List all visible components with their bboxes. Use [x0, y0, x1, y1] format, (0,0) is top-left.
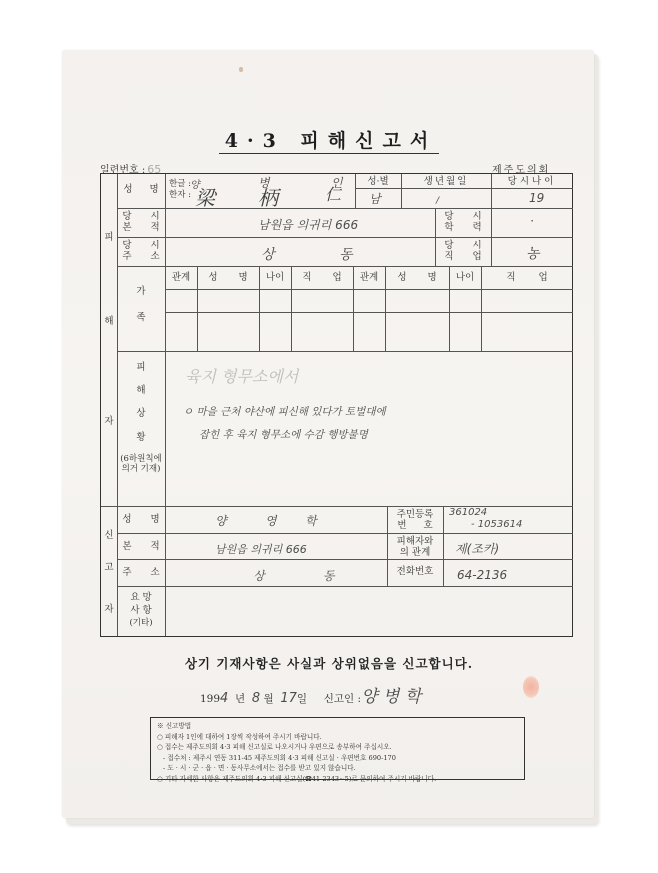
age-label: 당시나이 [491, 176, 573, 187]
date-line: 1994 년 8 월 17일 신고인 :양 병 학 [200, 682, 421, 707]
damage-line-1: ㅇ 마을 근처 야산에 피신해 있다가 토벌대에 [183, 404, 386, 419]
reporter-address-value-1: 상 [253, 567, 265, 584]
reporter-section-label-2: 고 [101, 562, 117, 573]
damage-label-4: 황 [117, 432, 165, 443]
family-header-age-2: 나이 [449, 272, 481, 283]
red-seal-stamp [523, 676, 539, 698]
occupation-label-top: 당 시 [435, 240, 491, 251]
resident-no-label-top: 주민등록 [387, 509, 443, 520]
year-prefix: 199 [200, 693, 220, 705]
year-digit: 4 [220, 691, 228, 706]
relation-label-top: 피해자와 [387, 536, 443, 547]
instruction-item: ○ 기타 자세한 사항은 제주도의회 4·3 피해 신고실(☎41-2343~5… [157, 774, 518, 785]
damage-faint-text: 육지 형무소에서 [185, 364, 298, 387]
victim-name-hanja-2: 柄 [258, 182, 278, 211]
reporter-name-2: 영 [265, 512, 277, 529]
family-header-relation-2: 관계 [353, 272, 385, 283]
education-label-top: 당 시 [435, 211, 491, 222]
damage-note: (6하원칙에 의거 기재) [120, 454, 162, 474]
occupation-label-bottom: 직 업 [435, 251, 491, 262]
divider [117, 208, 573, 209]
education-label-bottom: 학 력 [435, 222, 491, 233]
damage-line-2: 잡힌 후 육지 형무소에 수감 행방불명 [199, 427, 368, 442]
hanja-label: 한자 : [169, 190, 191, 201]
divider [117, 351, 573, 352]
reporter-name-3: 학 [305, 512, 317, 529]
divider [117, 559, 573, 560]
divider [165, 312, 573, 313]
family-header-age: 나이 [259, 272, 291, 283]
divider [101, 506, 573, 507]
request-label-1: 요 망 [117, 592, 165, 603]
request-label-2: 사 항 [117, 605, 165, 616]
occupation-value: 농 [526, 243, 540, 263]
request-label-3: (기타) [117, 618, 165, 629]
divider [117, 533, 573, 534]
sex-value: 남 [369, 190, 381, 207]
victim-section-label-2: 해 [101, 316, 117, 327]
family-header-name: 성 명 [197, 272, 259, 283]
victim-section-label-3: 자 [101, 416, 117, 427]
resident-no-value-1: 361024 [449, 507, 487, 518]
victim-name-hanja-1: 梁 [195, 182, 215, 211]
reporter-section-label-1: 신 [101, 530, 117, 541]
origin-label-top: 당 시 [117, 211, 165, 222]
sex-label: 성·별 [355, 176, 401, 187]
address-label-bottom: 주 소 [117, 251, 165, 262]
month-value: 8 [252, 691, 260, 706]
family-header-job-2: 직 업 [481, 272, 573, 283]
relation-value: 제(조카) [455, 540, 499, 557]
reporter-origin-label: 본 적 [117, 541, 165, 552]
victim-name-hanja-3: 仁 [325, 182, 341, 205]
divider [443, 506, 444, 586]
day-label: 일 [297, 693, 307, 705]
instructions-box: ※ 신고방법 ○ 피해자 1인에 대하여 1장씩 작성하여 주시기 바랍니다. … [150, 717, 525, 780]
day-value: 17 [280, 691, 297, 706]
damage-label-2: 해 [117, 385, 165, 396]
reporter-signature: 양 병 학 [361, 687, 421, 707]
divider [165, 174, 166, 636]
age-value: 19 [529, 191, 544, 205]
victim-section-label-1: 피 [101, 232, 117, 243]
divider [117, 586, 573, 587]
victim-address-value-1: 상 [261, 244, 275, 264]
instruction-item: ○ 피해자 1인에 대하여 1장씩 작성하여 주시기 바랍니다. [157, 732, 518, 743]
resident-no-value-2: - 1053614 [471, 519, 522, 530]
birth-label: 생년월일 [401, 176, 491, 187]
year-label: 년 [235, 693, 245, 705]
instruction-item: - 도 · 시 · 군 · 읍 · 면 · 동사무소에서는 접수를 받고 있지 … [157, 763, 518, 774]
reporter-label: 신고인 : [324, 693, 361, 705]
victim-origin-value: 남원읍 의귀리 666 [258, 216, 358, 233]
origin-label-bottom: 본 적 [117, 222, 165, 233]
family-label-1: 가 [117, 286, 165, 297]
damage-label-3: 상 [117, 408, 165, 419]
report-form-table: 피 해 자 성 명 한글 : 한자 : 양 병 인 梁 柄 仁 성·별 남 생년… [100, 173, 573, 637]
paper-stain [239, 67, 243, 72]
month-label: 월 [263, 693, 273, 705]
declaration-statement: 상기 기재사항은 사실과 상위없음을 신고합니다. [0, 654, 658, 672]
form-title: 4·3 피해신고서 [0, 126, 658, 153]
victim-address-value-2: 동 [339, 244, 353, 264]
victim-name-label: 성 명 [117, 184, 165, 195]
damage-label-1: 피 [117, 362, 165, 373]
reporter-address-label: 주 소 [117, 567, 165, 578]
divider [355, 188, 491, 189]
relation-label-bottom: 의 관계 [387, 547, 443, 558]
divider [491, 188, 573, 189]
reporter-name-label: 성 명 [117, 514, 165, 525]
divider [491, 174, 492, 266]
address-label-top: 당 시 [117, 240, 165, 251]
divider [165, 289, 573, 290]
hangul-label: 한글 : [169, 179, 191, 190]
family-header-relation: 관계 [165, 272, 197, 283]
phone-label: 전화번호 [387, 566, 443, 577]
birth-value: / [436, 196, 439, 206]
reporter-name-1: 양 [215, 512, 227, 529]
phone-value: 64-2136 [457, 568, 507, 582]
instructions-heading: ※ 신고방법 [157, 721, 518, 732]
divider [117, 237, 573, 238]
instruction-item: ○ 접수는 제주도의회 4·3 피해 신고실로 나오시거나 우편으로 송부하여 … [157, 742, 518, 753]
divider [117, 266, 573, 267]
family-label-2: 족 [117, 312, 165, 323]
resident-no-label-bottom: 번 호 [387, 520, 443, 531]
instruction-item: - 접수처 : 제주시 연동 311-45 제주도의회 4·3 피해 신고실 ·… [157, 753, 518, 764]
reporter-section-label-3: 자 [101, 604, 117, 615]
family-header-name-2: 성 명 [385, 272, 449, 283]
education-value: · [530, 214, 534, 228]
family-header-job: 직 업 [291, 272, 353, 283]
reporter-address-value-2: 동 [323, 567, 335, 584]
reporter-origin-value: 남원읍 의귀리 666 [215, 541, 307, 557]
